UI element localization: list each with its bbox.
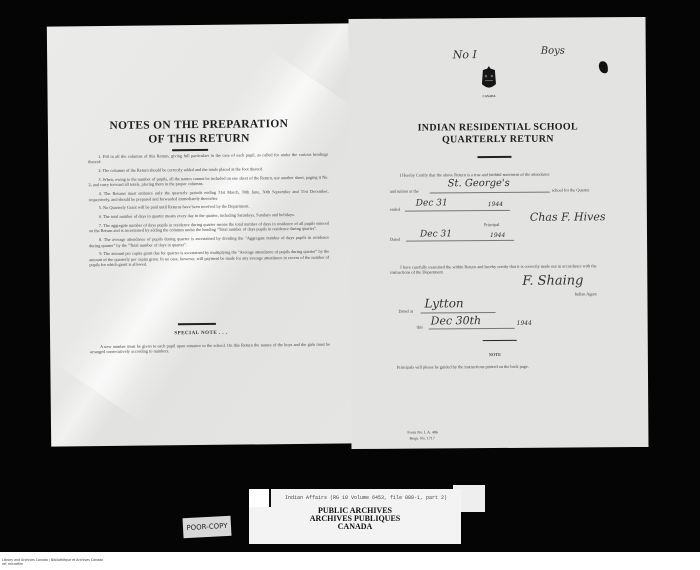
return-page: No I Boys CANADA INDIAN RESIDENTIAL SCHO…: [349, 17, 649, 449]
ended-date-field: Dec 31: [416, 198, 448, 208]
crest-label: CANADA: [475, 94, 503, 98]
note-item: 6. The total number of days in quarter m…: [89, 212, 329, 220]
title-rule: [172, 149, 208, 151]
this-label: this: [417, 325, 423, 330]
ink-blot: [599, 61, 608, 73]
dated-label: Dated: [390, 237, 400, 242]
this-date-field: Dec 30th: [431, 314, 482, 327]
dated-date-field: Dec 31: [420, 229, 452, 239]
note-heading: NOTE: [489, 352, 501, 357]
note-item: 4. The Returns must embrace only the qua…: [89, 189, 329, 202]
microfilm-scan: NOTES ON THE PREPARATION OF THIS RETURN …: [0, 0, 700, 552]
notes-title: NOTES ON THE PREPARATION OF THIS RETURN: [48, 116, 350, 147]
special-note-heading: SPECIAL NOTE . . .: [50, 329, 352, 337]
title-rule: [477, 156, 511, 158]
this-year-field: 1944: [517, 320, 532, 327]
requisition-number: Reqn. No. 1717: [409, 435, 434, 440]
footer-credit: Library and Archives Canada / Bibliothèq…: [2, 558, 103, 566]
principal-signature: Chas F. Hives: [530, 210, 606, 224]
archive-file-reference: Indian Affairs (RG 10 Volume 6453, file …: [285, 495, 447, 501]
special-rule: [178, 323, 216, 325]
note-text: Principals will please be guided by the …: [397, 364, 529, 370]
note-item: 1. Fill in all the columns of this Retur…: [88, 152, 328, 165]
principal-label: Principal: [484, 222, 500, 227]
ended-year-field: 1944: [488, 201, 503, 208]
canada-crest-icon: [477, 64, 501, 92]
notes-list: 1. Fill in all the columns of this Retur…: [88, 152, 329, 272]
note-item: 3. When, owing to the number of pupils, …: [88, 175, 328, 188]
agent-label: Indian Agent: [574, 291, 596, 296]
ended-label: ended: [390, 207, 400, 212]
school-name-field: St. George's: [448, 178, 510, 189]
handwritten-boys: Boys: [541, 46, 565, 57]
dated-at-label: Dated at: [399, 309, 413, 314]
agent-signature: F. Shaing: [522, 273, 583, 288]
poor-copy-tag: POOR-COPY: [183, 516, 232, 538]
note-item: 5. No Quarterly Grant will be paid until…: [89, 203, 329, 211]
note-item: 7. The aggregate number of days pupils i…: [89, 221, 329, 234]
certify-text: I Hereby Certify that the above Return i…: [400, 172, 550, 178]
special-note-text: A new number must be given to each pupil…: [90, 342, 330, 355]
note-item: 8. The average attendance of pupils duri…: [89, 235, 329, 248]
dated-at-place-field: Lytton: [424, 296, 463, 310]
note-item: 2. The columns of the Return should be c…: [88, 166, 328, 174]
return-title: INDIAN RESIDENTIAL SCHOOL QUARTERLY RETU…: [349, 121, 646, 147]
notes-page: NOTES ON THE PREPARATION OF THIS RETURN …: [47, 23, 353, 446]
archive-stamp: PUBLIC ARCHIVES ARCHIVES PUBLIQUES CANAD…: [249, 507, 461, 531]
form-number: Form No. I. A. 486: [407, 429, 438, 434]
handwritten-number: No I: [453, 48, 477, 61]
tuition-suffix: school for the Quarter: [552, 187, 590, 192]
note-item: 9. The amount per capita grant due for q…: [89, 249, 329, 268]
tuition-prefix: and tuition at the: [390, 189, 419, 194]
dated-year-field: 1944: [490, 232, 505, 239]
